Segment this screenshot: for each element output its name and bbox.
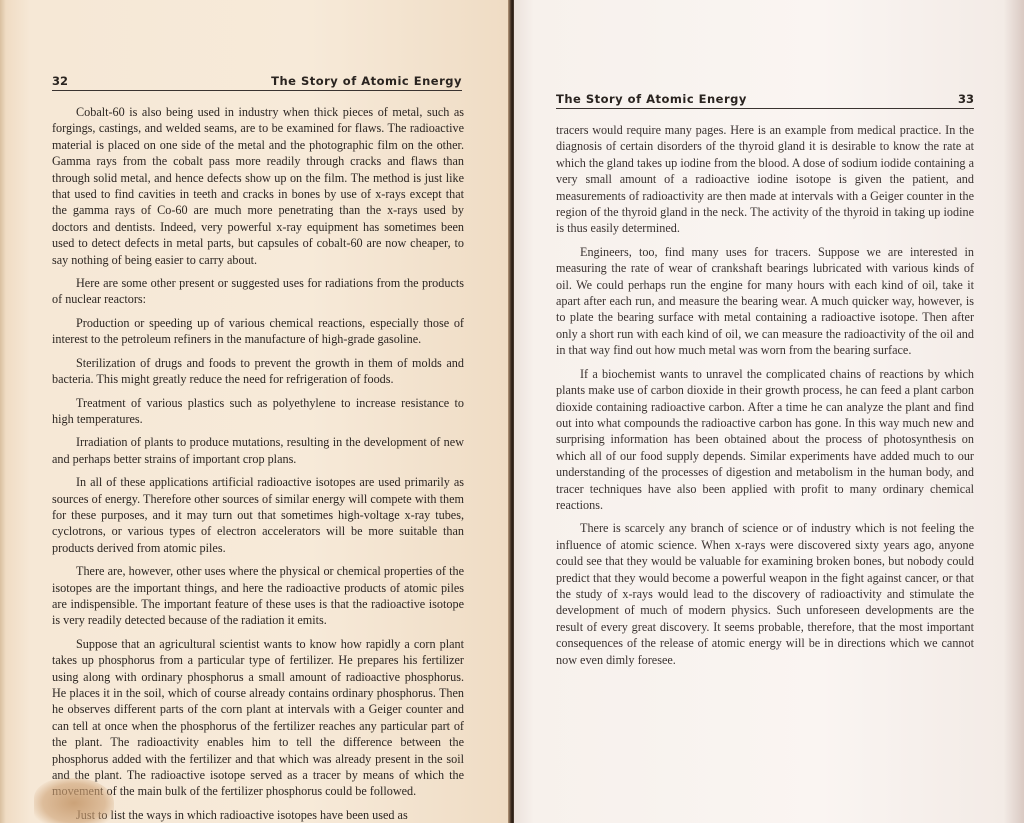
water-stain <box>34 778 114 823</box>
paragraph: There is scarcely any branch of science … <box>556 520 974 668</box>
paragraph: Production or speeding up of various che… <box>52 315 464 348</box>
page-number: 32 <box>52 74 68 88</box>
paragraph: Here are some other present or suggested… <box>52 275 464 308</box>
paragraph: Treatment of various plastics such as po… <box>52 395 464 428</box>
left-page: 32 The Story of Atomic Energy Cobalt-60 … <box>0 0 510 823</box>
paragraph: Engineers, too, find many uses for trace… <box>556 244 974 359</box>
book-spread: 32 The Story of Atomic Energy Cobalt-60 … <box>0 0 1024 823</box>
right-page: The Story of Atomic Energy 33 tracers wo… <box>514 0 1024 823</box>
paragraph: In all of these applications artificial … <box>52 474 464 556</box>
left-page-header: 32 The Story of Atomic Energy <box>52 68 462 91</box>
paragraph: If a biochemist wants to unravel the com… <box>556 366 974 514</box>
paragraph: Suppose that an agricultural scientist w… <box>52 636 464 800</box>
right-page-body: tracers would require many pages. Here i… <box>556 122 974 675</box>
left-page-body: Cobalt-60 is also being used in industry… <box>52 104 464 823</box>
paragraph: Irradiation of plants to produce mutatio… <box>52 434 464 467</box>
page-number: 33 <box>958 92 974 106</box>
running-title: The Story of Atomic Energy <box>556 92 747 106</box>
paragraph: Cobalt-60 is also being used in industry… <box>52 104 464 268</box>
paragraph: There are, however, other uses where the… <box>52 563 464 629</box>
paragraph: Sterilization of drugs and foods to prev… <box>52 355 464 388</box>
paragraph: tracers would require many pages. Here i… <box>556 122 974 237</box>
right-page-header: The Story of Atomic Energy 33 <box>556 86 974 109</box>
running-title: The Story of Atomic Energy <box>271 74 462 88</box>
